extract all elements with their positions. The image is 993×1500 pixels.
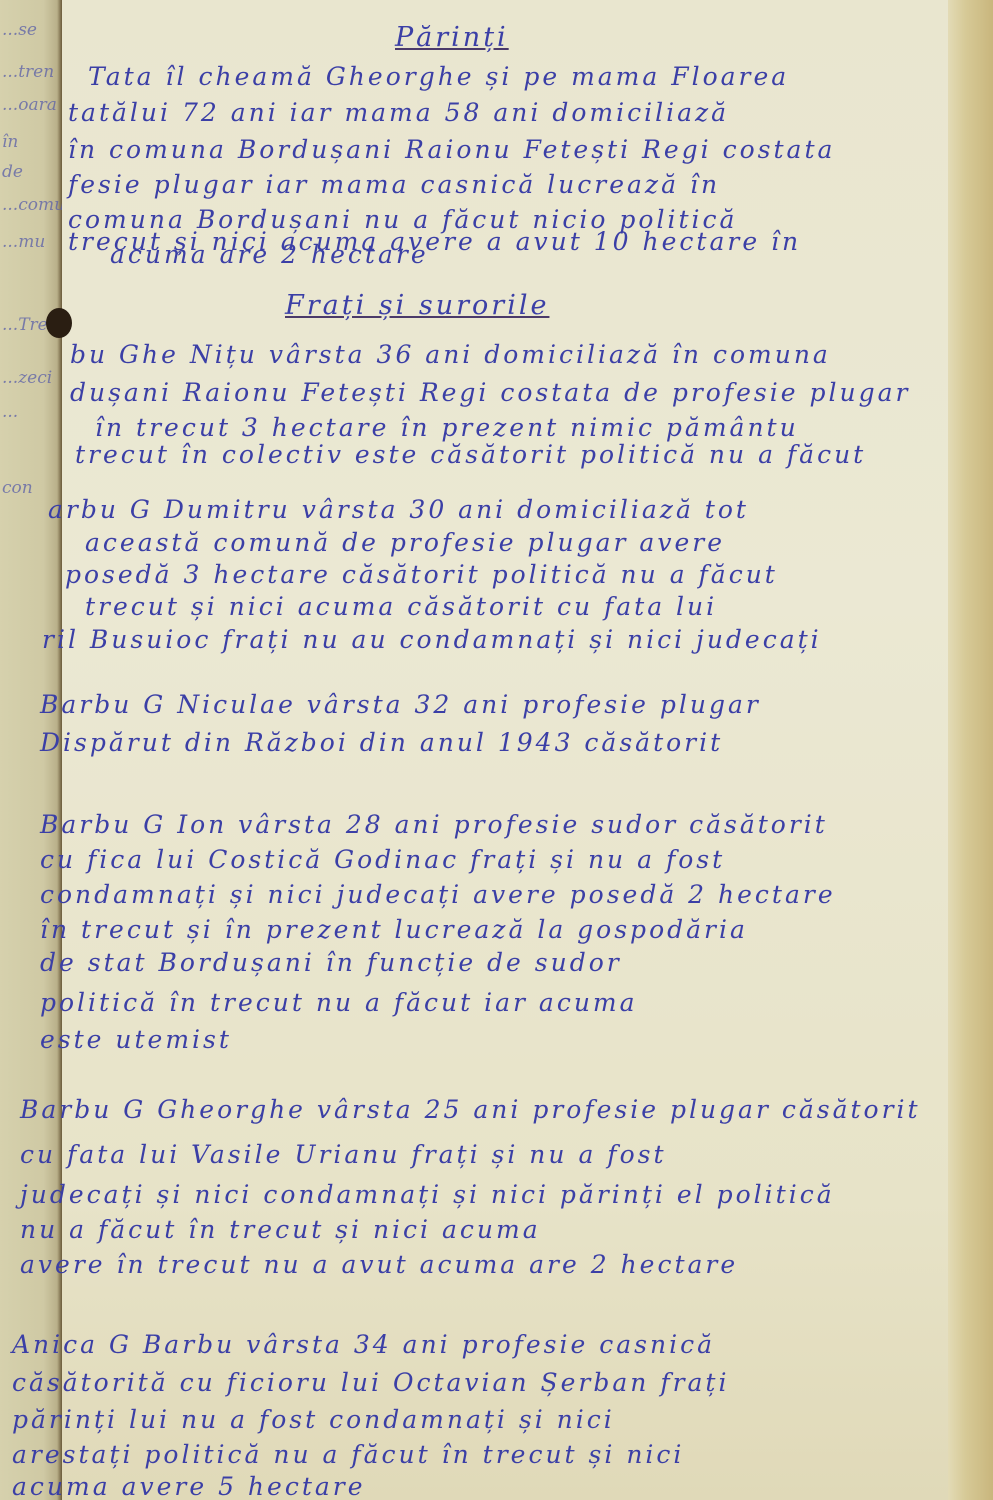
text-line: ril Busuioc frați nu au condamnați și ni… — [42, 625, 822, 654]
heading-parents: Părinți — [395, 22, 509, 53]
text-line: Barbu G Niculae vârsta 32 ani profesie p… — [40, 690, 761, 719]
text-line: judecați și nici condamnați și nici pări… — [20, 1180, 835, 1209]
margin-fragment: ...comuna — [2, 195, 62, 215]
text-line: acuma avere 5 hectare — [12, 1472, 366, 1500]
margin-fragment: con — [2, 478, 33, 498]
text-line: acuma are 2 hectare — [110, 240, 429, 269]
text-line: căsătorită cu ficioru lui Octavian Șerba… — [12, 1368, 729, 1397]
text-line: Anica G Barbu vârsta 34 ani profesie cas… — [12, 1330, 715, 1359]
text-line: trecut în colectiv este căsătorit politi… — [75, 440, 866, 469]
text-line: este utemist — [40, 1025, 232, 1054]
text-line: arbu G Dumitru vârsta 30 ani domiciliază… — [48, 495, 749, 524]
text-line: arestați politică nu a făcut în trecut ș… — [12, 1440, 684, 1469]
text-line: Barbu G Gheorghe vârsta 25 ani profesie … — [20, 1095, 921, 1124]
text-line: avere în trecut nu a avut acuma are 2 he… — [20, 1250, 738, 1279]
text-line: cu fata lui Vasile Urianu frați și nu a … — [20, 1140, 667, 1169]
text-line: Tata îl cheamă Gheorghe și pe mama Floar… — [88, 62, 789, 91]
text-line: tatălui 72 ani iar mama 58 ani domicilia… — [68, 98, 729, 127]
text-line: Barbu G Ion vârsta 28 ani profesie sudor… — [40, 810, 828, 839]
text-line: această comună de profesie plugar avere — [85, 528, 725, 557]
margin-fragment: ...tren — [2, 62, 54, 82]
text-line: nu a făcut în trecut și nici acuma — [20, 1215, 541, 1244]
text-line: părinți lui nu a fost condamnați și nici — [12, 1405, 615, 1434]
margin-fragment: ...se — [2, 20, 37, 40]
page-right-edge — [948, 0, 993, 1500]
text-line: politică în trecut nu a făcut iar acuma — [40, 988, 638, 1017]
text-line: fesie plugar iar mama casnică lucrează î… — [68, 170, 720, 199]
margin-fragment: de — [2, 162, 23, 182]
margin-fragment: ...mu — [2, 232, 45, 252]
margin-fragment: ... — [2, 402, 18, 422]
text-line: posedă 3 hectare căsătorit politică nu a… — [65, 560, 778, 589]
text-line: trecut și nici acuma căsătorit cu fata l… — [85, 592, 717, 621]
margin-fragment: ...zeci — [2, 368, 52, 388]
heading-siblings: Frați și surorile — [285, 290, 549, 321]
text-line: în trecut 3 hectare în prezent nimic păm… — [95, 413, 799, 442]
margin-fragment: ...oara — [2, 95, 57, 115]
text-line: Dispărut din Război din anul 1943 căsăto… — [40, 728, 723, 757]
text-line: bu Ghe Nițu vârsta 36 ani domiciliază în… — [70, 340, 831, 369]
text-line: în trecut și în prezent lucrează la gosp… — [40, 915, 748, 944]
text-line: dușani Raionu Fetești Regi costata de pr… — [70, 378, 910, 407]
text-line: condamnați și nici judecați avere posedă… — [40, 880, 836, 909]
text-line: în comuna Bordușani Raionu Fetești Regi … — [68, 135, 835, 164]
binding-hole — [46, 308, 72, 338]
text-line: cu fica lui Costică Godinac frați și nu … — [40, 845, 725, 874]
text-line: de stat Bordușani în funcție de sudor — [40, 948, 622, 977]
margin-fragment: în — [2, 132, 18, 152]
